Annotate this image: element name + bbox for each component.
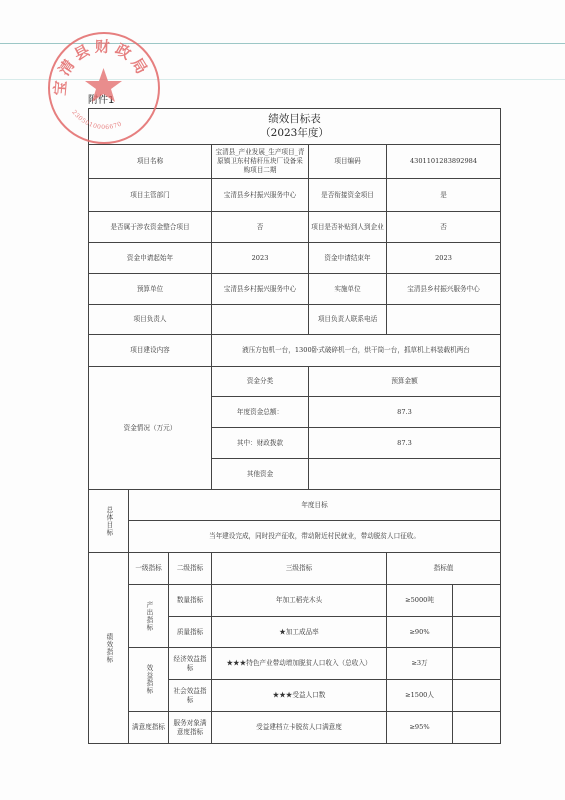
impl-unit-value: 宝清县乡村振兴服务中心 [387, 274, 501, 305]
svg-text:2305010006670: 2305010006670 [70, 109, 123, 131]
impl-unit-label: 实施单位 [309, 274, 387, 305]
header-level3: 三级指标 [212, 553, 387, 585]
project-name-label: 项目名称 [89, 145, 212, 179]
performance-target-table: 绩效目标表 （2023年度） 项目名称 宝清县_产业发展_生产项目_青原镇卫东村… [88, 108, 501, 744]
poverty-fund-value: 是 [387, 179, 501, 212]
blank-cell [453, 617, 501, 648]
header-level1: 一级指标 [129, 553, 169, 585]
level1-satisfaction: 满意度指标 [129, 712, 169, 744]
phone-value [387, 305, 501, 335]
level3-cell: 受益建档立卡脱贫人口满意度 [212, 712, 387, 744]
official-seal: 宝清县财政局 2305010006670 [48, 32, 160, 144]
project-code-value: 4301101283892984 [387, 145, 501, 179]
phone-label: 项目负责人联系电话 [309, 305, 387, 335]
blank-cell [453, 680, 501, 712]
project-code-label: 项目编码 [309, 145, 387, 179]
blank-cell [453, 712, 501, 744]
end-year-value: 2023 [387, 243, 501, 274]
budget-unit-value: 宝清县乡村振兴服务中心 [212, 274, 309, 305]
manager-label: 项目负责人 [89, 305, 212, 335]
perf-label: 绩效指标 [89, 553, 129, 744]
start-year-value: 2023 [212, 243, 309, 274]
funds-row-value [309, 459, 501, 490]
subsidy-value: 否 [387, 212, 501, 243]
funds-label: 资金情况（万元） [89, 367, 212, 490]
agri-integration-value: 否 [212, 212, 309, 243]
dept-label: 项目主管部门 [89, 179, 212, 212]
level2-cell: 社会效益指标 [169, 680, 212, 712]
funds-row-label: 其中：财政拨款 [212, 428, 309, 459]
level2-cell: 数量指标 [169, 585, 212, 617]
project-name-value: 宝清县_产业发展_生产项目_青原镇卫东村秸秆压块厂设备采购项目二期 [212, 145, 309, 179]
blank-cell [453, 648, 501, 680]
level3-cell: ★★★特色产业带动增加脱贫人口收入（总收入） [212, 648, 387, 680]
blank-cell [453, 585, 501, 617]
overall-text: 当年建设完成，同时投产征收，带动附近村民就业，带动脱贫人口征收。 [129, 521, 501, 553]
level2-cell: 服务对象满意度指标 [169, 712, 212, 744]
level3-cell: ★加工成品率 [212, 617, 387, 648]
manager-value [212, 305, 309, 335]
subsidy-label: 项目是否补贴到人到企业 [309, 212, 387, 243]
funds-row-value: 87.3 [309, 397, 501, 428]
overall-label: 总体目标 [89, 490, 129, 553]
agri-integration-label: 是否属于涉农资金整合项目 [89, 212, 212, 243]
header-value: 指标值 [387, 553, 501, 585]
level3-cell: ★★★受益人口数 [212, 680, 387, 712]
value-cell: ≥3万 [387, 648, 453, 680]
value-cell: ≥95% [387, 712, 453, 744]
level3-cell: 年加工稻壳木头 [212, 585, 387, 617]
dept-value: 宝清县乡村振兴服务中心 [212, 179, 309, 212]
funds-row-label: 年度资金总额： [212, 397, 309, 428]
end-year-label: 资金申请结束年 [309, 243, 387, 274]
budget-unit-label: 预算单位 [89, 274, 212, 305]
value-cell: ≥5000吨 [387, 585, 453, 617]
level2-cell: 质量指标 [169, 617, 212, 648]
funds-row-label: 其他资金 [212, 459, 309, 490]
content-label: 项目建设内容 [89, 335, 212, 367]
seal-star-icon: 宝清县财政局 2305010006670 [50, 34, 157, 141]
funds-category-header: 资金分类 [212, 367, 309, 397]
header-level2: 二级指标 [169, 553, 212, 585]
content-value: 液压方包机一台，1300卧式破碎机一台，烘干筒一台，抓草机上料装载机两台 [212, 335, 501, 367]
funds-row-value: 87.3 [309, 428, 501, 459]
level1-benefit: 效益指标 [129, 648, 169, 712]
poverty-fund-label: 是否衔接资金项目 [309, 179, 387, 212]
level2-cell: 经济效益指标 [169, 648, 212, 680]
overall-header: 年度目标 [129, 490, 501, 521]
funds-amount-header: 预算金额 [309, 367, 501, 397]
value-cell: ≥1500人 [387, 680, 453, 712]
value-cell: ≥90% [387, 617, 453, 648]
start-year-label: 资金申请起始年 [89, 243, 212, 274]
level1-output: 产出指标 [129, 585, 169, 648]
